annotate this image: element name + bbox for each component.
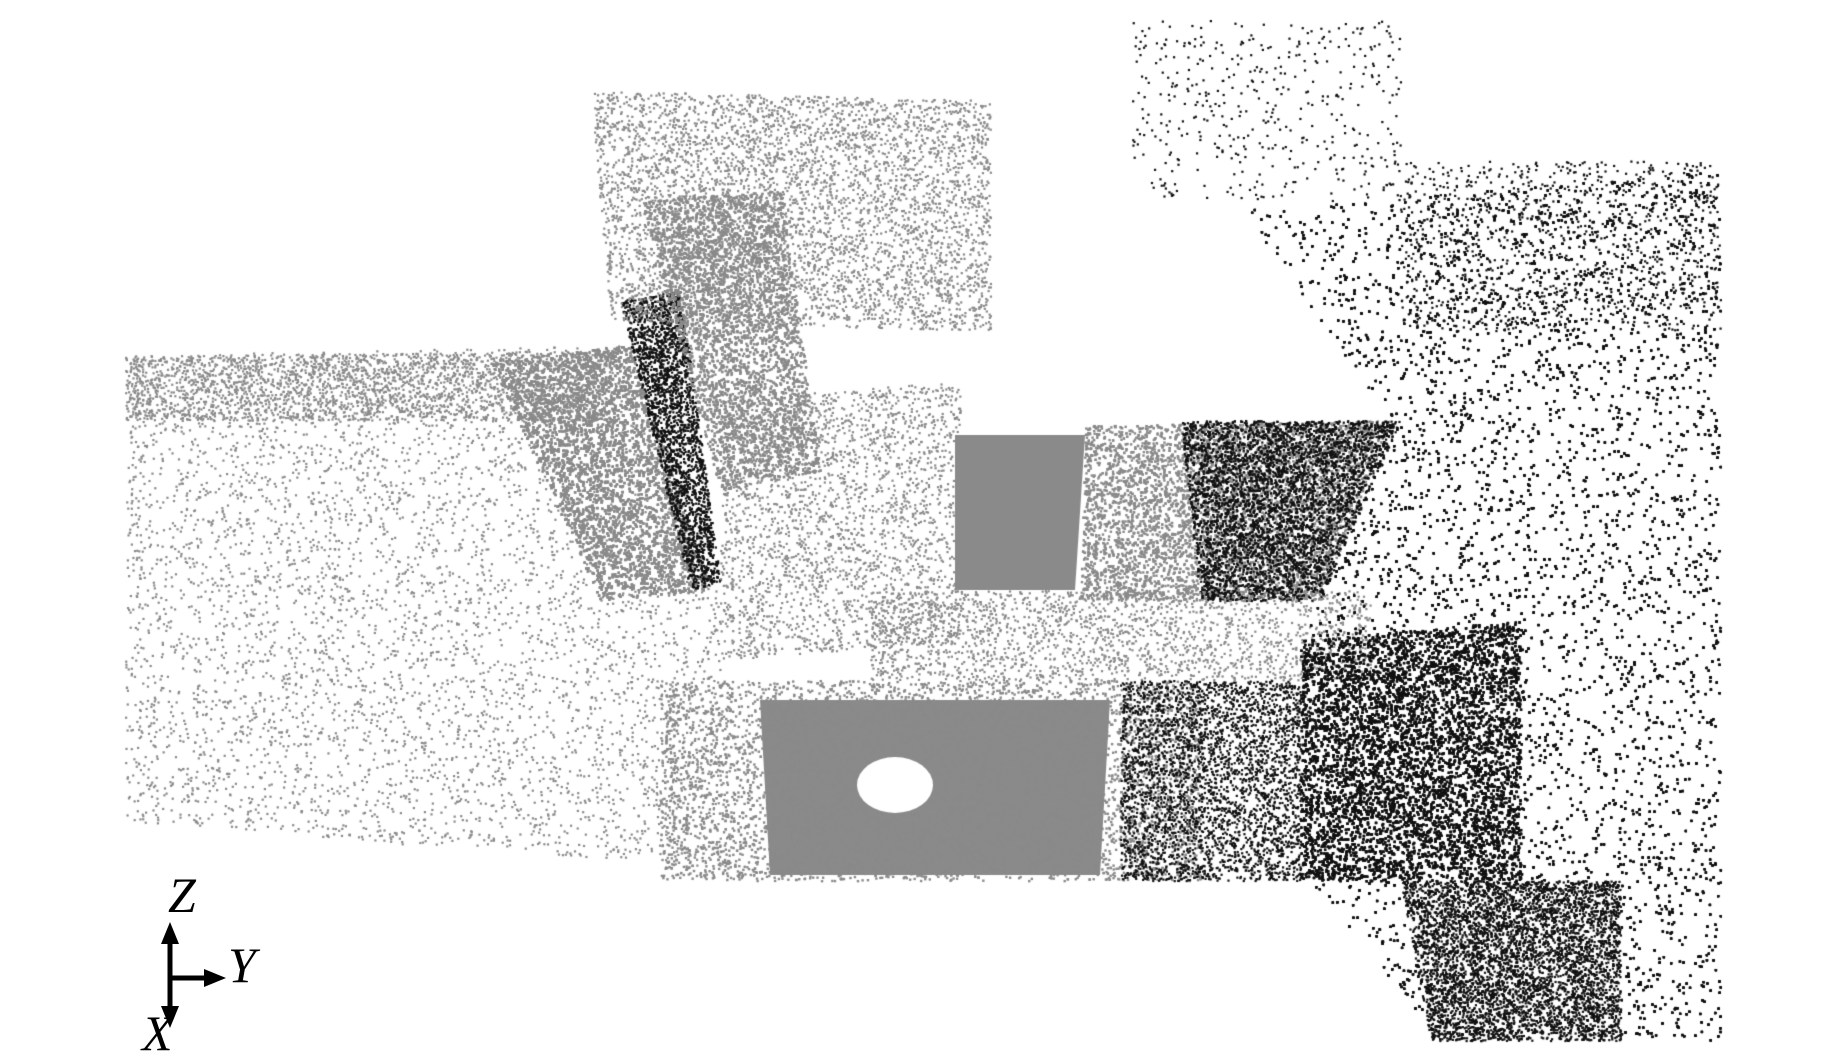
axis-gizmo: Z Y X — [130, 870, 280, 1060]
axis-label-z: Z — [168, 870, 196, 920]
axis-label-x: X — [142, 1008, 173, 1058]
axis-label-y: Y — [228, 940, 256, 990]
